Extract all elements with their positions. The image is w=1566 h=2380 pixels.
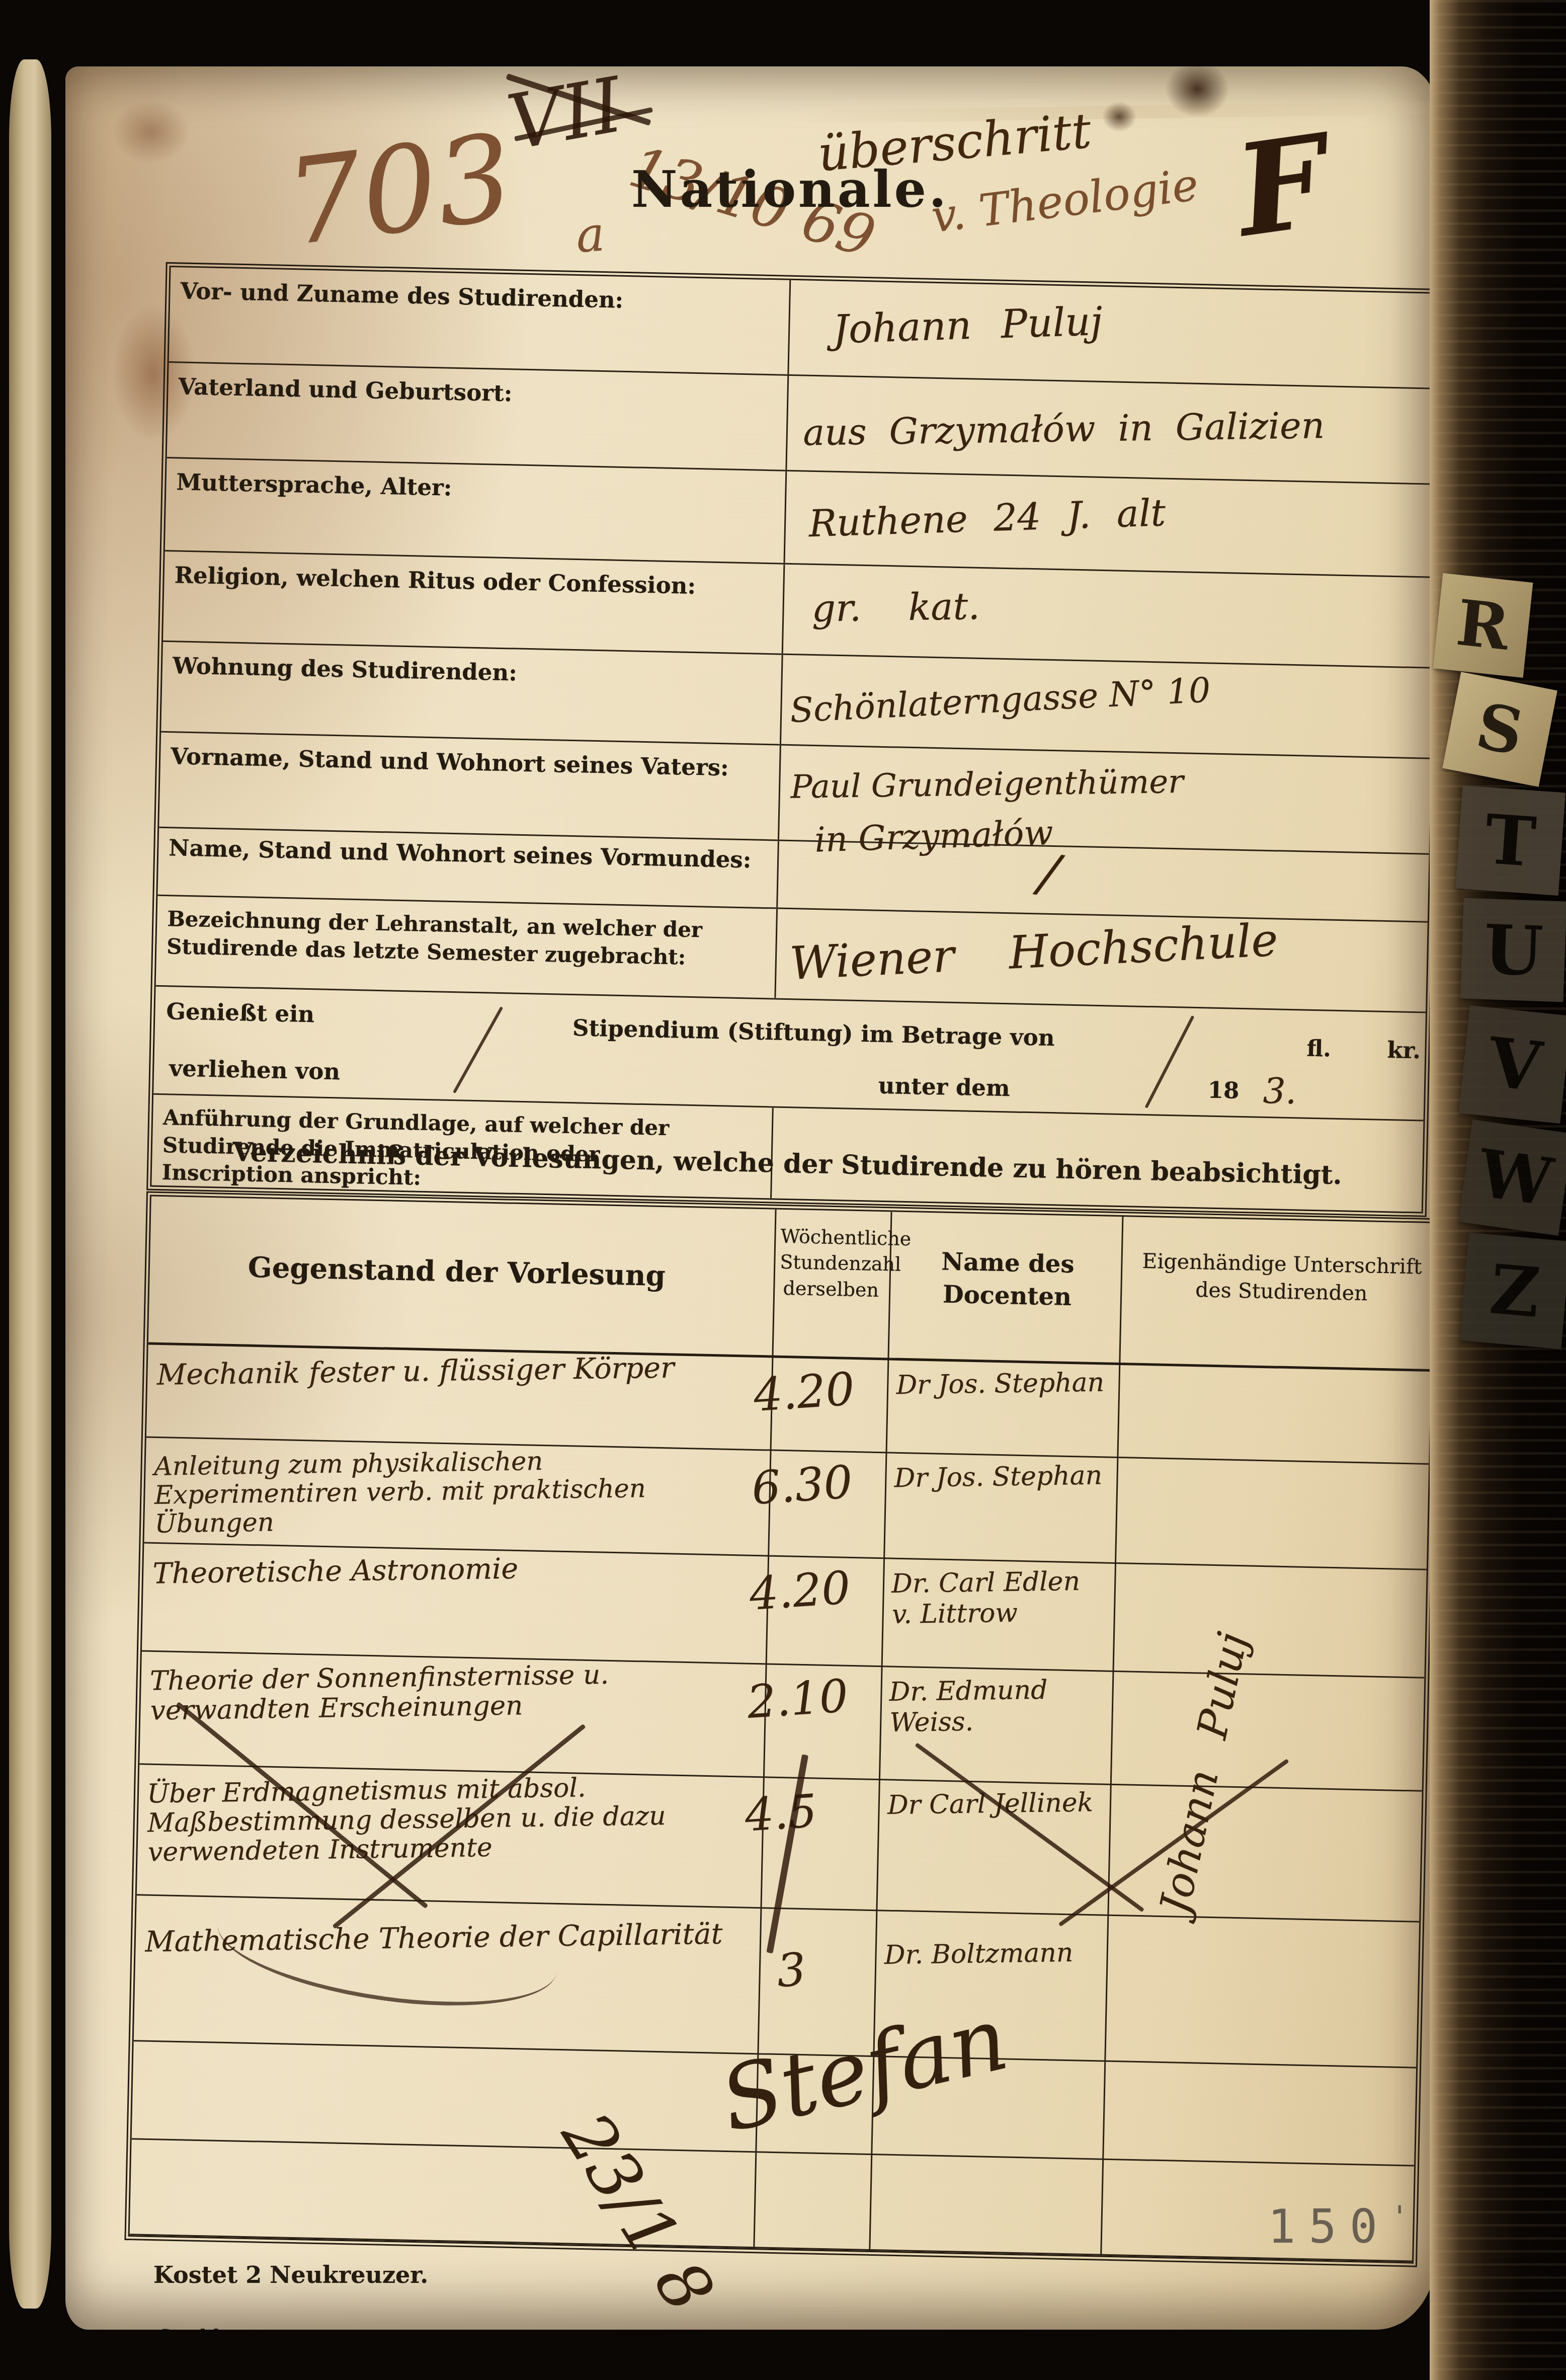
lecture-subject: Anleitung zum physikalischen Experimenti… [154, 1444, 754, 1539]
lecture-docent: Dr Jos. Stephan [894, 1460, 1111, 1494]
stipend-enjoys-label: Genießt ein [166, 998, 315, 1027]
index-tab-v: V [1458, 1005, 1566, 1124]
index-tab-u: U [1460, 898, 1566, 1002]
lecture-hours: 4.20 [748, 1559, 882, 1621]
field-label: Bezeichnung der Lehranstalt, an welcher … [167, 905, 761, 973]
field-value-handwritten: Ruthene 24 J. alt [808, 491, 1166, 545]
field-label: Vor- und Zuname des Studirenden: [180, 276, 774, 318]
field-value-handwritten: Wiener Hochschule [788, 914, 1279, 990]
field-value-handwritten-line2: in Grzymałów [814, 813, 1054, 860]
column-header-signature: Eigenhändige Unterschrift des Studirende… [1133, 1247, 1431, 1309]
hand-slash [1144, 1015, 1194, 1108]
lecture-subject: Theoretische Astronomie [152, 1550, 752, 1590]
lecture-docent: Dr. Edmund Weiss. [889, 1674, 1106, 1739]
field-label: Wohnung des Studirenden: [172, 651, 766, 693]
lecture-docent: Dr. Boltzmann [884, 1937, 1101, 1971]
column-header-docent: Name des Docenten [898, 1245, 1116, 1315]
kreuzer-label: kr. [1387, 1037, 1421, 1064]
year-prefix: 18 [1207, 1077, 1240, 1104]
lecture-hours: 6.30 [750, 1454, 884, 1515]
stamp-tick: ' [1390, 2200, 1409, 2235]
lecture-docent: Dr. Carl Edlen v. Littrow [891, 1566, 1109, 1631]
lecture-table-header: Gegenstand der Vorlesung Wöchentliche St… [148, 1197, 1434, 1372]
florin-label: fl. [1306, 1035, 1331, 1062]
index-tab-s: S [1442, 672, 1557, 787]
registry-annotation-a: a [574, 206, 606, 264]
adjacent-page-edge [9, 59, 51, 2309]
granted-by-label: verliehen von [169, 1055, 341, 1085]
field-label: Vorname, Stand und Wohnort seines Vaters… [171, 742, 765, 783]
lecture-subject: Mechanik fester u. flüssiger Körper [156, 1351, 756, 1391]
field-label: Vaterland und Geburtsort: [178, 372, 772, 414]
column-header-hours: Wöchentliche Stundenzahl derselben [779, 1224, 884, 1303]
field-value-handwritten: Paul Grundeigenthümer [790, 763, 1184, 806]
lecture-subject: Über Erdmagnetismus mit absol. Maßbestim… [147, 1771, 747, 1867]
hand-slash [453, 1006, 503, 1093]
ink-blot [1097, 97, 1142, 137]
index-tab-w: W [1458, 1120, 1566, 1236]
field-value-handwritten: gr. kat. [811, 585, 980, 630]
field-value-handwritten: Johann Puluj [832, 299, 1103, 353]
under-the-label: unter dem [878, 1072, 1010, 1101]
lecture-hours: 4.20 [752, 1361, 886, 1422]
form-code: St. 44. [158, 2325, 228, 2330]
year-mark-handwritten: 3. [1263, 1070, 1297, 1112]
field-label: Religion, welchen Ritus oder Confession: [174, 561, 768, 602]
page-number-stamp: 150' [1268, 2200, 1409, 2254]
document-page: 703 a 13/10 69 VII Nationale. überschrit… [65, 66, 1437, 2330]
price-note: Kostet 2 Neukreuzer. [153, 2261, 428, 2288]
registry-number-handwritten: 703 [279, 109, 520, 273]
stamp-number: 150 [1268, 2200, 1390, 2254]
field-value-handwritten: Schönlaterngasse N° 10 [789, 670, 1211, 731]
index-tab-t: T [1455, 785, 1565, 896]
index-tab-r: R [1433, 573, 1533, 678]
column-header-subject: Gegenstand der Vorlesung [170, 1247, 744, 1297]
field-label: Muttersprache, Alter: [176, 467, 770, 509]
lecture-subject: Theorie der Sonnenfinsternisse u. verwan… [150, 1658, 750, 1726]
lecture-hours: 2.10 [746, 1668, 879, 1729]
scanned-document-photo: 703 a 13/10 69 VII Nationale. überschrit… [0, 0, 1566, 2380]
field-value-handwritten: aus Grzymałów in Galizien [803, 404, 1325, 453]
stipend-amount-label: Stipendium (Stiftung) im Betrage von [572, 1014, 1055, 1051]
student-info-table: Vor- und Zuname des Studirenden: Johann … [146, 262, 1437, 1217]
field-label: Name, Stand und Wohnort seines Vormundes… [169, 833, 763, 875]
index-tab-z: Z [1459, 1233, 1566, 1350]
lecture-docent: Dr Jos. Stephan [896, 1367, 1113, 1401]
form-area: Vor- und Zuname des Studirenden: Johann … [65, 66, 1437, 2330]
lecture-hours: 4.5 [743, 1781, 877, 1842]
